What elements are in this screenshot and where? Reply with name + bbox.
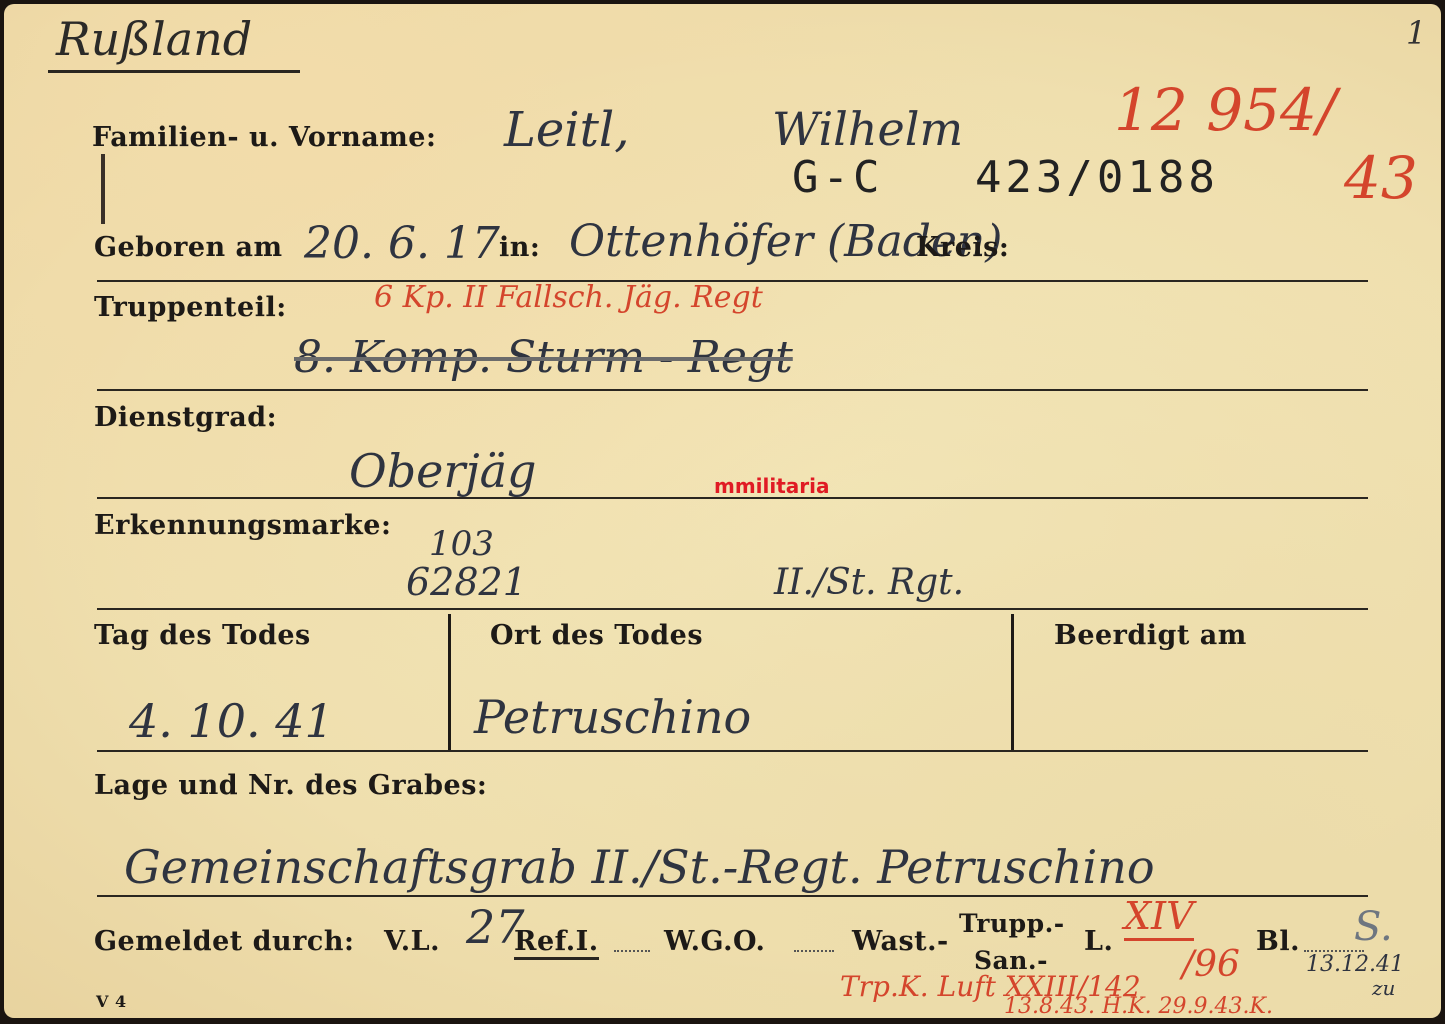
id-tag-line2: 62821 <box>406 560 527 604</box>
ref-label: Ref.I. <box>514 926 599 960</box>
death-divider-1 <box>448 614 451 750</box>
wgo-label: W.G.O. <box>664 926 765 957</box>
rank-value: Oberjäg <box>349 444 537 498</box>
death-date-label: Tag des Todes <box>94 620 311 651</box>
unit-label: Truppenteil: <box>94 292 287 323</box>
red-annotation-line2: 13.8.43. H.K. 29.9.43.K. <box>1004 994 1273 1018</box>
surname-value: Leitl, <box>504 102 630 158</box>
unit-correction: 6 Kp. II Fallsch. Jäg. Regt <box>374 280 763 315</box>
watermark: mmilitaria <box>714 474 830 498</box>
grave-value: Gemeinschaftsgrab II./St.-Regt. Petrusch… <box>124 840 1155 894</box>
bl-label: Bl. <box>1256 926 1300 957</box>
id-tag-line1: 103 <box>429 524 494 564</box>
grave-label: Lage und Nr. des Grabes: <box>94 770 487 801</box>
birth-place-label: in: <box>499 232 540 263</box>
given-name-value: Wilhelm <box>772 102 963 156</box>
rule-id-tag <box>97 608 1368 610</box>
rule-unit <box>97 389 1368 391</box>
bl-date: 13.12.41 <box>1306 952 1404 977</box>
vl-label: V.L. <box>384 926 440 957</box>
rule-death <box>97 750 1368 752</box>
l-label: L. <box>1084 926 1113 957</box>
birth-date-value: 20. 6. 17 <box>304 218 500 269</box>
reference-stamp: G-C 423/0188 <box>792 152 1219 203</box>
death-record-card: Rußland 1 Familien- u. Vorname: Leitl, W… <box>4 4 1441 1018</box>
id-tag-label: Erkennungsmarke: <box>94 510 391 541</box>
death-date-value: 4. 10. 41 <box>129 694 334 748</box>
bl-initial: S. <box>1354 904 1393 950</box>
trupp-label: Trupp.- <box>959 909 1065 938</box>
rule-rank <box>97 497 1368 499</box>
red-reference-year: 43 <box>1344 144 1418 212</box>
id-tag-unit-note: II./St. Rgt. <box>774 562 964 603</box>
red-reference-number: 12 954/ <box>1114 76 1336 144</box>
rank-label: Dienstgrad: <box>94 402 277 433</box>
unit-original: 8. Komp. Sturm - Regt <box>294 332 793 383</box>
name-label: Familien- u. Vorname: <box>92 122 436 153</box>
margin-mark <box>101 154 105 224</box>
header-note: Rußland <box>56 12 252 66</box>
death-divider-2 <box>1011 614 1014 750</box>
ref-dots <box>614 950 650 952</box>
l-value: XIV <box>1124 894 1194 941</box>
wgo-dots <box>794 950 834 952</box>
district-label: Kreis: <box>916 232 1009 263</box>
death-place-value: Petruschino <box>474 690 751 744</box>
header-underline <box>48 70 300 73</box>
buried-label: Beerdigt am <box>1054 620 1247 651</box>
form-code: V 4 <box>96 992 127 1011</box>
page-number: 1 <box>1406 14 1426 52</box>
red-annotation-number: /96 <box>1182 944 1240 985</box>
death-place-label: Ort des Todes <box>490 620 703 651</box>
bl-note: zu <box>1372 976 1395 1000</box>
reported-label: Gemeldet durch: <box>94 926 354 957</box>
wast-label: Wast.- <box>852 926 949 957</box>
birth-label: Geboren am <box>94 232 283 263</box>
